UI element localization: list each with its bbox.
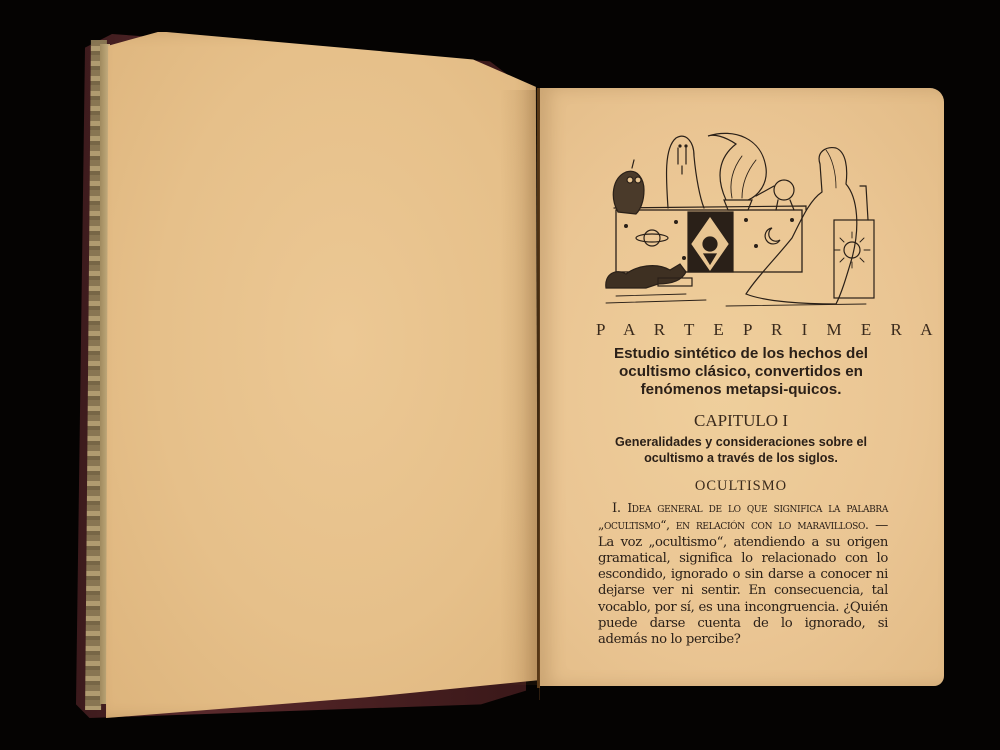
occult-scene-illustration-icon [596, 128, 876, 313]
chapter-title: CAPITULO I [594, 411, 888, 431]
left-page-blank [106, 32, 538, 718]
body-paragraph: I. Idea general de lo que significa la p… [598, 500, 888, 649]
chapter-subtitle: Generalidades y consideraciones sobre el… [594, 434, 888, 466]
paragraph-dash: — [869, 518, 888, 533]
left-page-shadow [500, 90, 538, 685]
part-title: P A R T E P R I M E R A [596, 320, 886, 340]
section-title: OCULTISMO [594, 478, 888, 495]
binding-stitch [539, 120, 548, 700]
paragraph-number: I. [612, 501, 621, 516]
paragraph-heading: Idea general de lo que significa la pala… [598, 501, 888, 532]
part-subtitle: Estudio sintético de los hechos del ocul… [594, 345, 888, 399]
paragraph-text: La voz „ocultismo“, atendiendo a su orig… [598, 535, 888, 648]
photo-scene: P A R T E P R I M E R A Estudio sintétic… [0, 0, 1000, 750]
